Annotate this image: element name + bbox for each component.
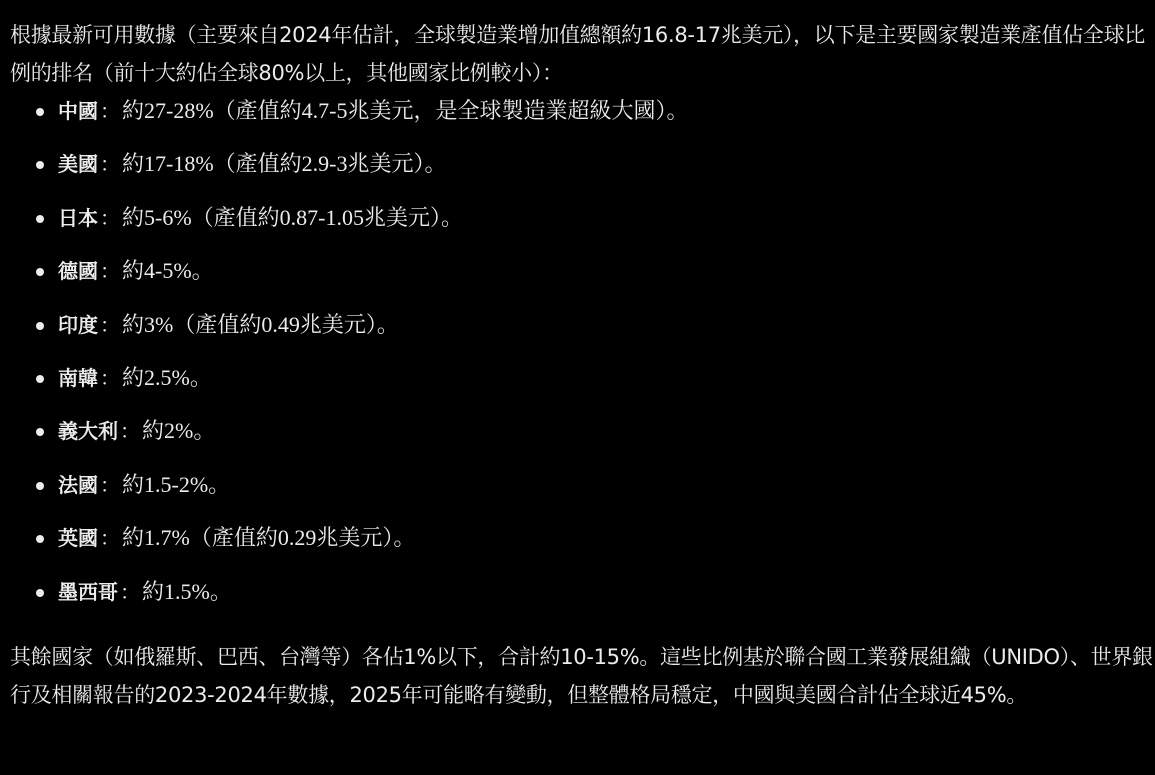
country-name: 南韓 — [58, 366, 98, 390]
list-item: 美國：約17-18%（產值約2.9-3兆美元）。 — [10, 149, 1155, 202]
country-share: 約1.5%。 — [142, 579, 232, 604]
bullet-icon — [36, 108, 44, 116]
separator: ： — [100, 526, 120, 550]
bullet-icon — [36, 428, 44, 436]
country-ranking-list: 中國：約27-28%（產值約4.7-5兆美元，是全球製造業超級大國）。 美國：約… — [10, 96, 1155, 630]
bullet-icon — [36, 482, 44, 490]
bullet-icon — [36, 322, 44, 330]
country-share: 約2%。 — [142, 418, 215, 443]
country-share: 約27-28%（產值約4.7-5兆美元，是全球製造業超級大國）。 — [122, 98, 688, 123]
separator: ： — [100, 152, 120, 176]
bullet-icon — [36, 375, 44, 383]
intro-paragraph: 根據最新可用數據（主要來自2024年估計，全球製造業增加值總額約16.8-17兆… — [10, 0, 1155, 92]
country-name: 中國 — [58, 99, 98, 123]
country-name: 英國 — [58, 526, 98, 550]
country-name: 義大利 — [58, 419, 118, 443]
country-name: 印度 — [58, 313, 98, 337]
bullet-icon — [36, 535, 44, 543]
separator: ： — [100, 366, 120, 390]
response-content: 根據最新可用數據（主要來自2024年估計，全球製造業增加值總額約16.8-17兆… — [0, 0, 1155, 714]
country-share: 約1.7%（產值約0.29兆美元）。 — [122, 525, 415, 550]
country-share: 約3%（產值約0.49兆美元）。 — [122, 312, 399, 337]
country-share: 約2.5%。 — [122, 365, 212, 390]
bullet-icon — [36, 161, 44, 169]
list-item: 德國：約4-5%。 — [10, 256, 1155, 309]
bullet-icon — [36, 215, 44, 223]
outro-paragraph: 其餘國家（如俄羅斯、巴西、台灣等）各佔1%以下，合計約10-15%。這些比例基於… — [10, 638, 1155, 714]
list-item: 墨西哥：約1.5%。 — [10, 577, 1155, 630]
separator: ： — [120, 419, 140, 443]
list-item: 義大利：約2%。 — [10, 416, 1155, 469]
country-share: 約1.5-2%。 — [122, 472, 230, 497]
country-share: 約5-6%（產值約0.87-1.05兆美元）。 — [122, 205, 463, 230]
country-name: 美國 — [58, 152, 98, 176]
separator: ： — [100, 99, 120, 123]
country-share: 約4-5%。 — [122, 258, 214, 283]
list-item: 印度：約3%（產值約0.49兆美元）。 — [10, 310, 1155, 363]
country-name: 日本 — [58, 206, 98, 230]
country-name: 德國 — [58, 259, 98, 283]
list-item: 法國：約1.5-2%。 — [10, 470, 1155, 523]
separator: ： — [100, 473, 120, 497]
separator: ： — [100, 259, 120, 283]
list-item: 南韓：約2.5%。 — [10, 363, 1155, 416]
list-item: 英國：約1.7%（產值約0.29兆美元）。 — [10, 523, 1155, 576]
country-name: 墨西哥 — [58, 580, 118, 604]
list-item: 中國：約27-28%（產值約4.7-5兆美元，是全球製造業超級大國）。 — [10, 96, 1155, 149]
country-share: 約17-18%（產值約2.9-3兆美元）。 — [122, 151, 446, 176]
bullet-icon — [36, 268, 44, 276]
country-name: 法國 — [58, 473, 98, 497]
list-item: 日本：約5-6%（產值約0.87-1.05兆美元）。 — [10, 203, 1155, 256]
bullet-icon — [36, 589, 44, 597]
separator: ： — [100, 313, 120, 337]
separator: ： — [100, 206, 120, 230]
separator: ： — [120, 580, 140, 604]
